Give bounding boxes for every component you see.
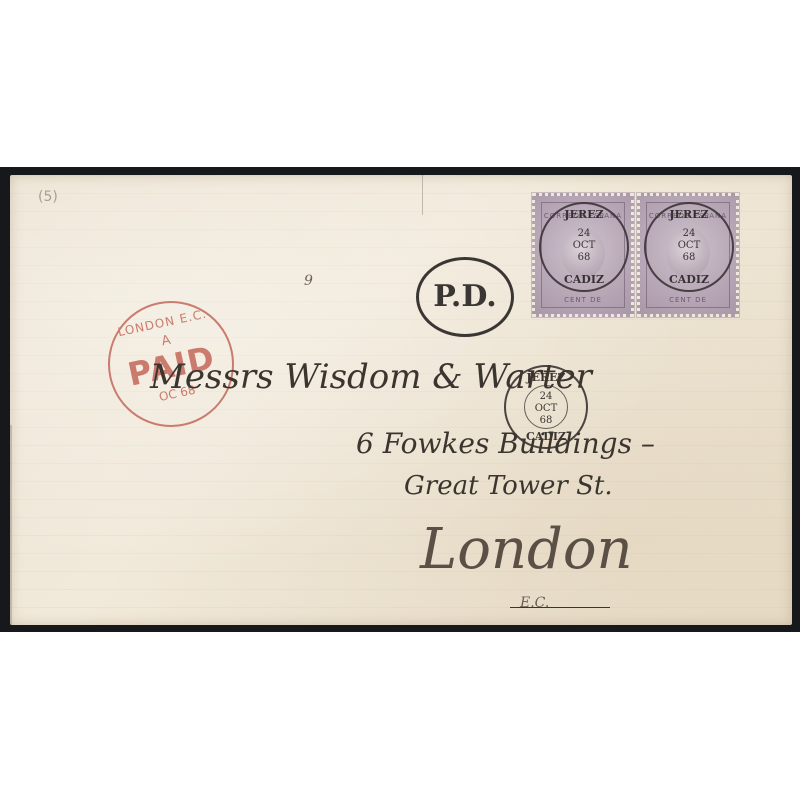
- cancel-region: CADIZ: [646, 273, 732, 286]
- underline-stroke: [510, 607, 610, 608]
- postage-stamp-2: CORREOS ESPANA CENT DE JEREZ 24 OCT 68 C…: [637, 193, 739, 317]
- paper-fold: [10, 425, 12, 625]
- corner-pencil-note: (5): [38, 189, 58, 205]
- jerez-cancel: JEREZ 24 OCT 68 CADIZ: [539, 202, 629, 292]
- pd-oval-mark: P.D.: [416, 257, 514, 337]
- cancel-year: 68: [506, 415, 586, 426]
- address-building: 6 Fowkes Buildings –: [356, 427, 655, 460]
- postage-stamp-1: CORREOS ESPANA CENT DE JEREZ 24 OCT 68 C…: [532, 193, 634, 317]
- address-city: London: [420, 517, 633, 582]
- stamp-value: CENT DE: [535, 296, 631, 304]
- jerez-cancel: JEREZ 24 OCT 68 CADIZ: [644, 202, 734, 292]
- paper-tear: [422, 175, 423, 215]
- address-district: E.C.: [520, 595, 549, 611]
- stamp-value: CENT DE: [640, 296, 736, 304]
- cancel-year: 68: [646, 252, 732, 263]
- cancel-town: JEREZ: [541, 208, 627, 221]
- cancel-month: OCT: [541, 240, 627, 251]
- cancel-day: 24: [646, 228, 732, 239]
- cancel-month: OCT: [506, 403, 586, 414]
- address-recipient: Messrs Wisdom & Warter: [150, 357, 592, 397]
- postal-cover: (5) 9 LONDON E.C. A PAID OC 68 P.D. CORR…: [10, 175, 792, 625]
- cancel-town: JEREZ: [646, 208, 732, 221]
- cancel-region: CADIZ: [541, 273, 627, 286]
- address-street: Great Tower St.: [404, 471, 613, 501]
- cancel-year: 68: [541, 252, 627, 263]
- cancel-month: OCT: [646, 240, 732, 251]
- pencil-rate-note: 9: [304, 273, 313, 289]
- cancel-day: 24: [541, 228, 627, 239]
